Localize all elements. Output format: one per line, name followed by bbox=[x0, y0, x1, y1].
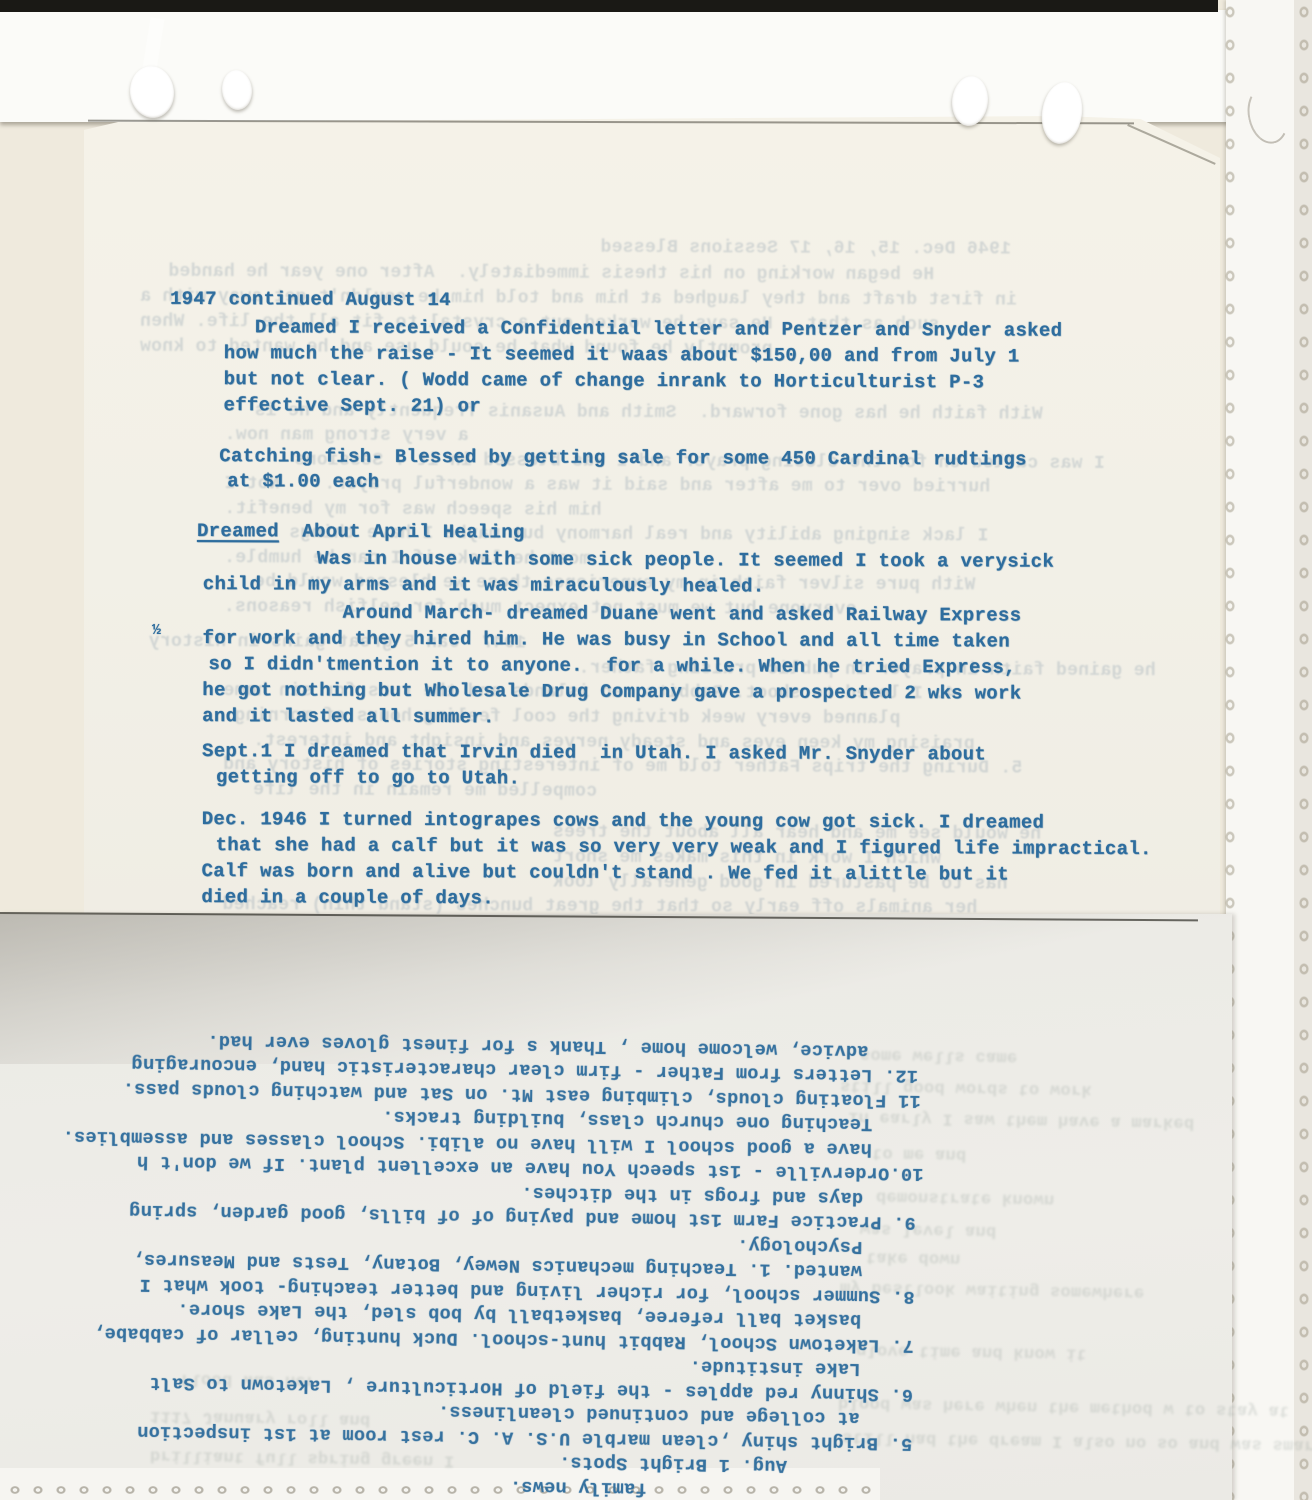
typed-text-line: Around March- dreamed Duane went and ask… bbox=[343, 600, 1022, 629]
margin-fraction-mark: ½ bbox=[152, 622, 161, 639]
typed-text-line: how much the raise - It seemed it waas a… bbox=[224, 340, 1020, 369]
typed-text-line: at $1.00 each bbox=[227, 468, 379, 495]
top-sheet-edge-band bbox=[0, 10, 1312, 122]
typed-text-line: died in a couple of days. bbox=[201, 884, 494, 911]
typed-text-line: Dec. 1946 I turned intograpes cows and t… bbox=[202, 806, 1045, 836]
bottom-page-typed-text-rotated: family news.Aug. 1 Bright Spots.5. Brigh… bbox=[126, 1026, 943, 1500]
typed-text-line: Dreamed I received a Confidential letter… bbox=[255, 314, 1063, 344]
typed-text-line: Sept.1 I dreamed that Irvin died in Utah… bbox=[202, 738, 986, 767]
typed-text-line: but not clear. ( Wodd came of change inr… bbox=[224, 366, 985, 395]
typed-text-line: and it lasted all summer. bbox=[202, 703, 495, 730]
typed-text-line: he got nothing but Wholesale Drug Compan… bbox=[202, 677, 1021, 707]
scanner-dark-edge bbox=[0, 0, 1218, 12]
typed-text-line: so I didn'tmention it to anyone. for a w… bbox=[208, 651, 1016, 681]
typed-text-line: Calf was born and alive but couldn't sta… bbox=[201, 858, 1009, 888]
typed-text-line: Dreamed About April Healing bbox=[197, 518, 525, 545]
typed-text-line: that she had a calf but it was so very v… bbox=[216, 832, 1152, 862]
typed-text-line: Was in house with some sick people. It s… bbox=[317, 546, 1054, 575]
typed-text-line: effective Sept. 21) or bbox=[223, 392, 481, 419]
typed-text-line: for work and they hired him. He was busy… bbox=[202, 625, 1010, 655]
ghost-text-line: 1946 Dec. 15, 16, 17 Sessions Blessed bbox=[600, 235, 1011, 263]
typed-text-line: 1947 continued August 14 bbox=[170, 286, 451, 313]
scanned-journal-page: { "document": { "description": "Scanned … bbox=[0, 0, 1312, 1500]
typed-text-line: child in my arms and it was miraculously… bbox=[203, 571, 765, 599]
typed-text-line: getting off to go to Utah. bbox=[216, 764, 520, 791]
perforation-marks-column-right bbox=[1296, 0, 1312, 1500]
